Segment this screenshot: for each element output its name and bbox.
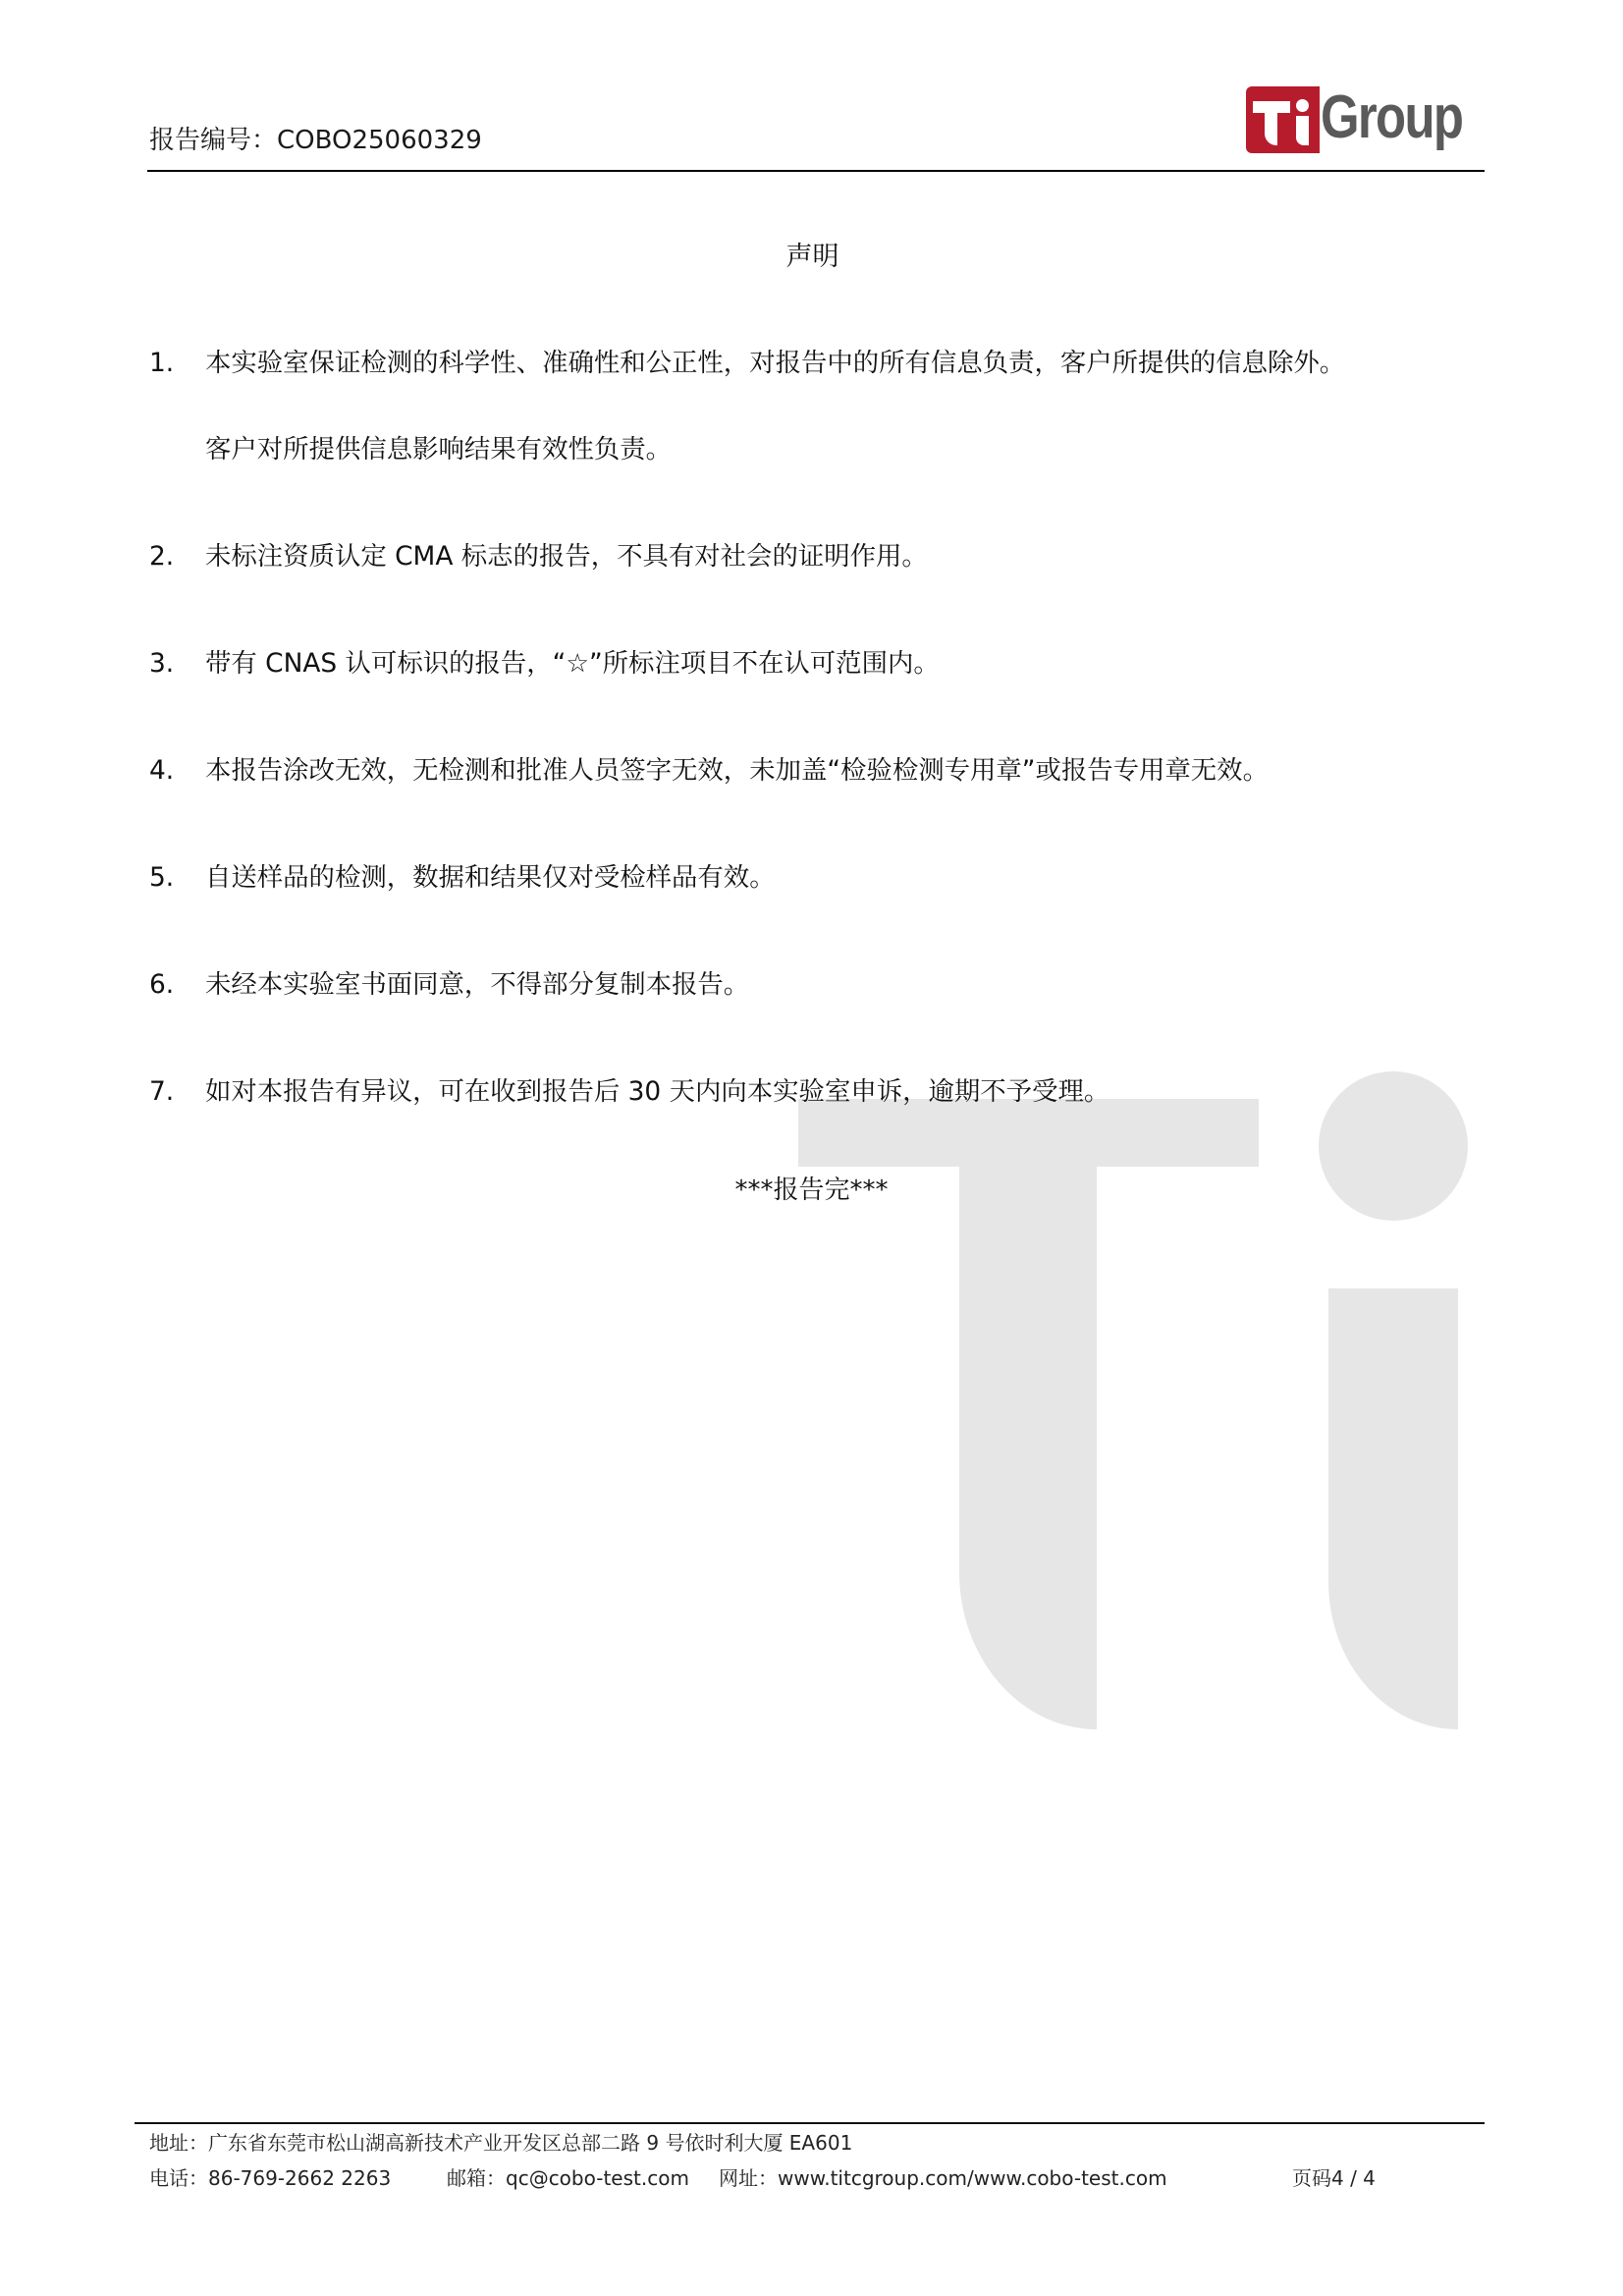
statement-item-1-continuation: 客户对所提供信息影响结果有效性负责。 [205,432,672,467]
statement-item-1: 1.本实验室保证检测的科学性、准确性和公正性，对报告中的所有信息负责，客户所提供… [149,346,1345,381]
item-text: 本实验室保证检测的科学性、准确性和公正性，对报告中的所有信息负责，客户所提供的信… [205,348,1345,378]
statement-item-7: 7.如对本报告有异议，可在收到报告后 30 天内向本实验室申诉，逾期不予受理。 [149,1074,1109,1110]
item-number: 3. [149,646,205,682]
item-number: 6. [149,967,205,1003]
item-number: 5. [149,860,205,896]
item-text: 自送样品的检测，数据和结果仅对受检样品有效。 [205,862,776,893]
item-text: 如对本报告有异议，可在收到报告后 30 天内向本实验室申诉，逾期不予受理。 [205,1076,1109,1107]
logo-ti-mark-icon [1246,86,1320,153]
footer-divider [135,2122,1485,2124]
item-number: 7. [149,1074,205,1110]
logo-group-text: Group [1321,84,1462,151]
item-number: 1. [149,346,205,381]
item-text: 带有 CNAS 认可标识的报告，“☆”所标注项目不在认可范围内。 [205,648,940,679]
statement-item-2: 2.未标注资质认定 CMA 标志的报告，不具有对社会的证明作用。 [149,539,928,574]
item-text: 未标注资质认定 CMA 标志的报告，不具有对社会的证明作用。 [205,541,928,572]
statement-item-3: 3.带有 CNAS 认可标识的报告，“☆”所标注项目不在认可范围内。 [149,646,940,682]
statement-item-6: 6.未经本实验室书面同意，不得部分复制本报告。 [149,967,749,1003]
footer-website: 网址：www.titcgroup.com/www.cobo-test.com [719,2165,1167,2191]
item-number: 4. [149,753,205,789]
footer-email: 邮箱：qc@cobo-test.com [447,2165,689,2191]
header-divider [147,170,1485,172]
item-number: 2. [149,539,205,574]
item-text: 本报告涂改无效，无检测和批准人员签字无效，未加盖“检验检测专用章”或报告专用章无… [205,755,1269,786]
report-end-mark: ***报告完*** [0,1173,1623,1208]
report-number: 报告编号：COBO25060329 [149,123,482,158]
footer-phone: 电话：86-769-2662 2263 [149,2165,391,2191]
statement-item-5: 5.自送样品的检测，数据和结果仅对受检样品有效。 [149,860,776,896]
footer-address: 地址：广东省东莞市松山湖高新技术产业开发区总部二路 9 号依时利大厦 EA601 [149,2130,852,2156]
page-title: 声明 [0,240,1623,275]
tigroup-logo: Group [1246,86,1493,157]
footer-page-number: 页码4 / 4 [1292,2165,1376,2191]
statement-item-4: 4.本报告涂改无效，无检测和批准人员签字无效，未加盖“检验检测专用章”或报告专用… [149,753,1269,789]
item-text: 未经本实验室书面同意，不得部分复制本报告。 [205,969,749,1000]
